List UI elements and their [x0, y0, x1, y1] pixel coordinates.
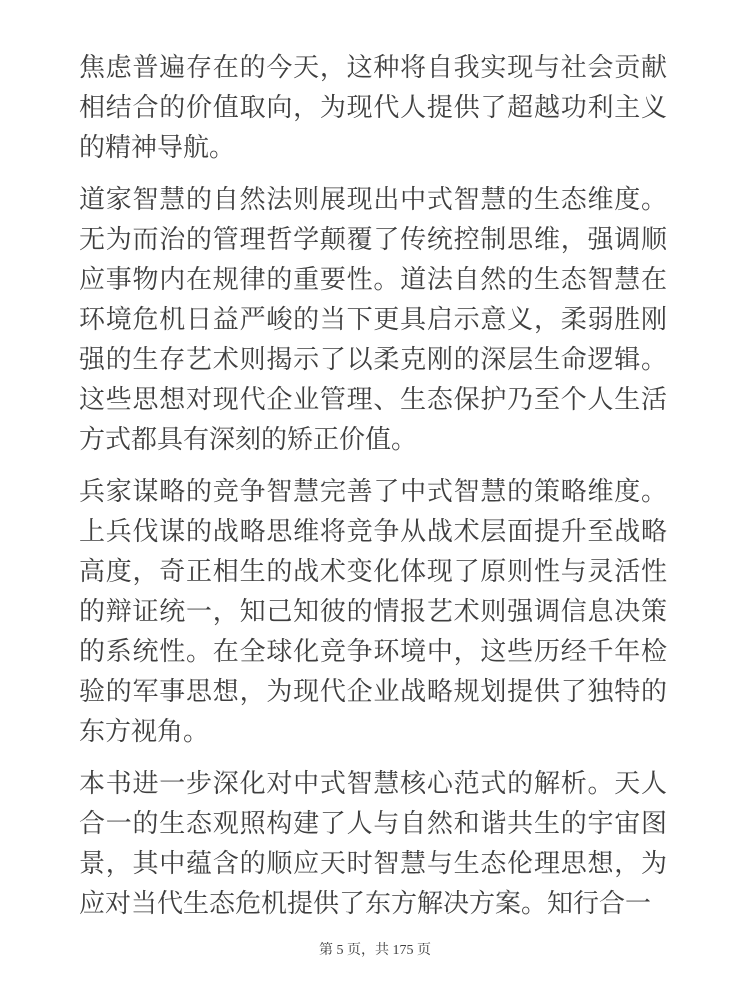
page-body-text: 焦虑普遍存在的今天，这种将自我实现与社会贡献相结合的价值取向，为现代人提供了超越… [79, 47, 667, 935]
document-page: 焦虑普遍存在的今天，这种将自我实现与社会贡献相结合的价值取向，为现代人提供了超越… [0, 0, 750, 1000]
page-number-footer: 第 5 页，共 175 页 [0, 941, 750, 961]
paragraph-3: 兵家谋略的竞争智慧完善了中式智慧的策略维度。上兵伐谋的战略思维将竞争从战术层面提… [79, 471, 667, 751]
paragraph-1: 焦虑普遍存在的今天，这种将自我实现与社会贡献相结合的价值取向，为现代人提供了超越… [79, 47, 667, 167]
paragraph-2: 道家智慧的自然法则展现出中式智慧的生态维度。无为而治的管理哲学颠覆了传统控制思维… [79, 179, 667, 459]
paragraph-4: 本书进一步深化对中式智慧核心范式的解析。天人合一的生态观照构建了人与自然和谐共生… [79, 763, 667, 923]
